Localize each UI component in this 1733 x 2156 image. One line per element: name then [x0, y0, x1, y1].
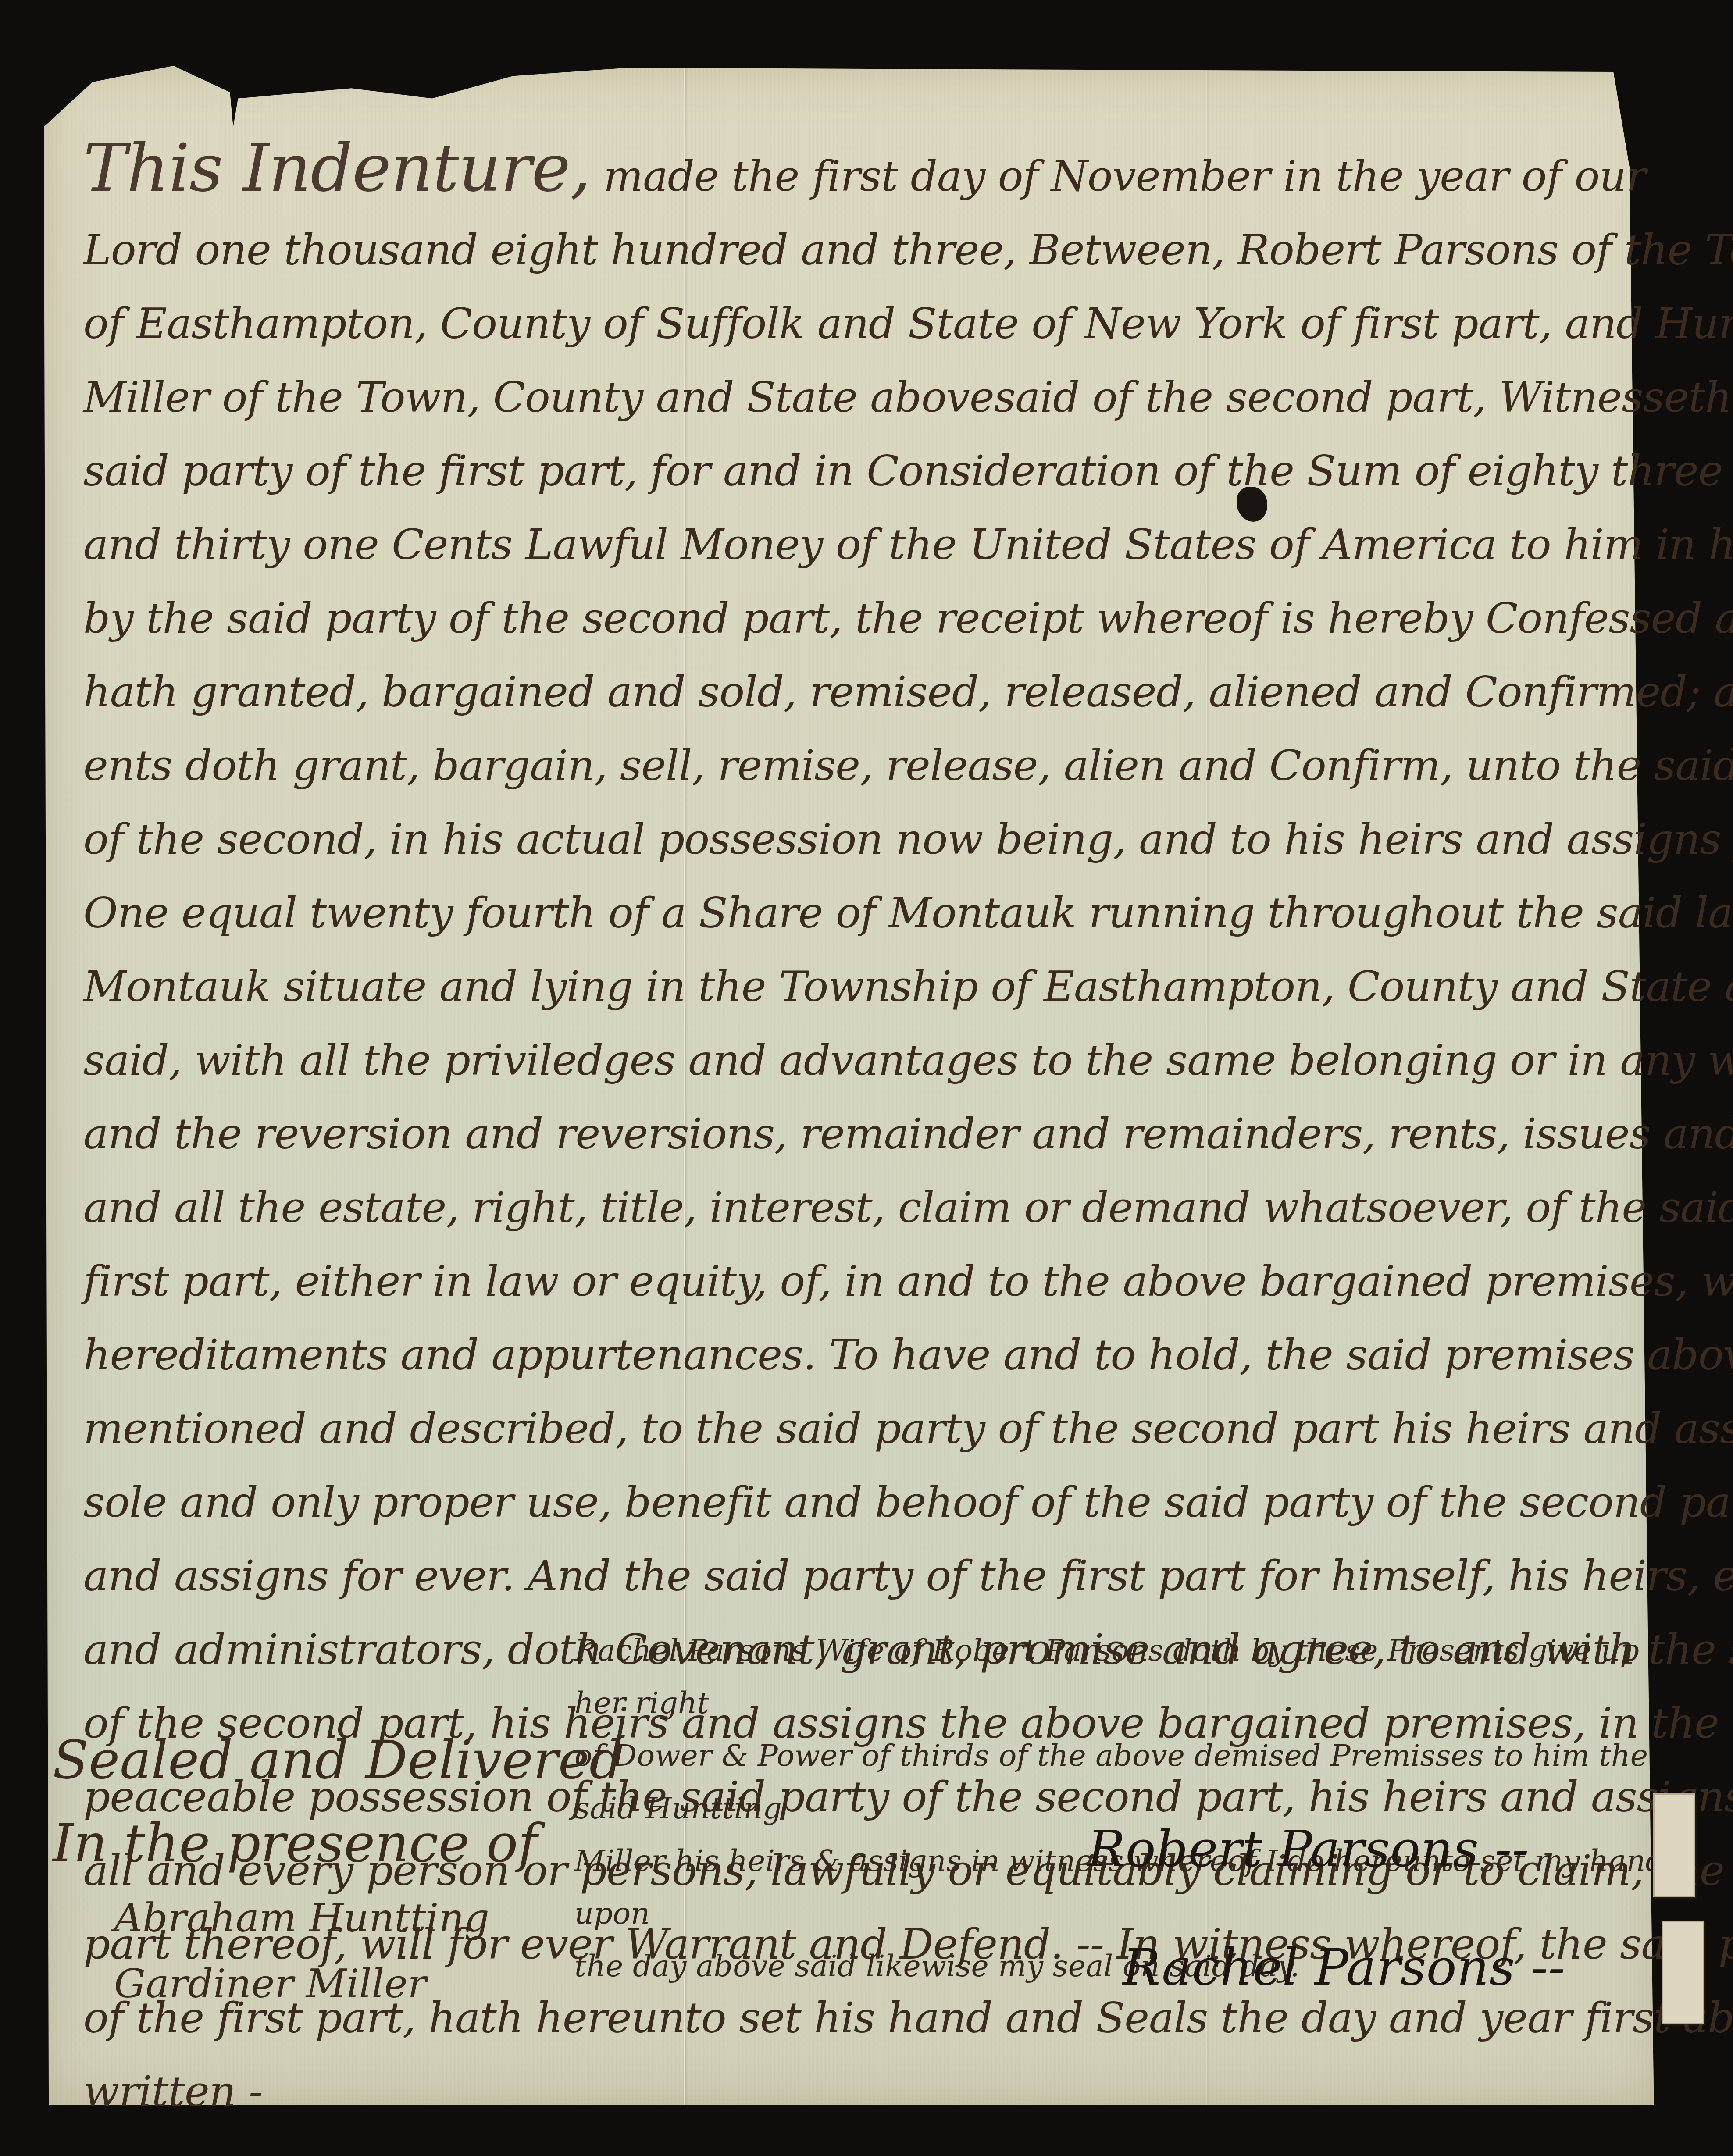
text-line: hereditaments and appurtenances. To have… — [83, 1318, 1627, 1392]
signature-robert-parsons: Robert Parsons -- — [1088, 1820, 1529, 1878]
signature-rachel-parsons: Rachel Parsons -- — [1123, 1938, 1565, 1997]
text-line: ents doth grant, bargain, sell, remise, … — [83, 729, 1627, 802]
text-line: by the said party of the second part, th… — [83, 581, 1627, 655]
dower-release-clause: Rachel Parsons Wife of Robert Parsons do… — [574, 1625, 1671, 1993]
text-line: sole and only proper use, benefit and be… — [83, 1465, 1627, 1539]
text-line: and assigns for ever. And the said party… — [83, 1539, 1627, 1613]
text-line: One equal twenty fourth of a Share of Mo… — [83, 876, 1627, 950]
text-line: said, with all the priviledges and advan… — [83, 1023, 1627, 1097]
witness-signature: Gardiner Miller — [53, 1951, 623, 2017]
document-heading: This Indenture, — [83, 130, 591, 207]
text-line: mentioned and described, to the said par… — [83, 1392, 1627, 1465]
attestation-line: Sealed and Delivered — [53, 1719, 623, 1802]
attestation-line: In the presence of — [53, 1802, 623, 1885]
witness-signature: Abraham Huntting — [53, 1885, 623, 1951]
text-line: and the reversion and reversions, remain… — [83, 1097, 1627, 1171]
text-line: of Dower & Power of thirds of the above … — [574, 1730, 1671, 1835]
attestation-block: Sealed and Delivered In the presence of … — [53, 1719, 623, 2017]
text-line: Miller of the Town, County and State abo… — [83, 360, 1627, 434]
text-line: and thirty one Cents Lawful Money of the… — [83, 508, 1627, 581]
text-line: Rachel Parsons Wife of Robert Parsons do… — [574, 1625, 1671, 1730]
paper-seal — [1653, 1793, 1695, 1897]
text-line: of Easthampton, County of Suffolk and St… — [83, 287, 1627, 360]
paper-seal — [1662, 1921, 1704, 2024]
text-line: of the second, in his actual possession … — [83, 802, 1627, 876]
text-line: hath granted, bargained and sold, remise… — [83, 655, 1627, 729]
text-line: Lord one thousand eight hundred and thre… — [83, 213, 1627, 287]
text-line: said party of the first part, for and in… — [83, 434, 1627, 508]
text-line: first part, either in law or equity, of,… — [83, 1244, 1627, 1318]
text-line: and all the estate, right, title, intere… — [83, 1171, 1627, 1244]
text-line: This Indenture, made the first day of No… — [83, 132, 1627, 213]
text-line: Montauk situate and lying in the Townshi… — [83, 950, 1627, 1023]
text-line: written - — [83, 2055, 1627, 2128]
